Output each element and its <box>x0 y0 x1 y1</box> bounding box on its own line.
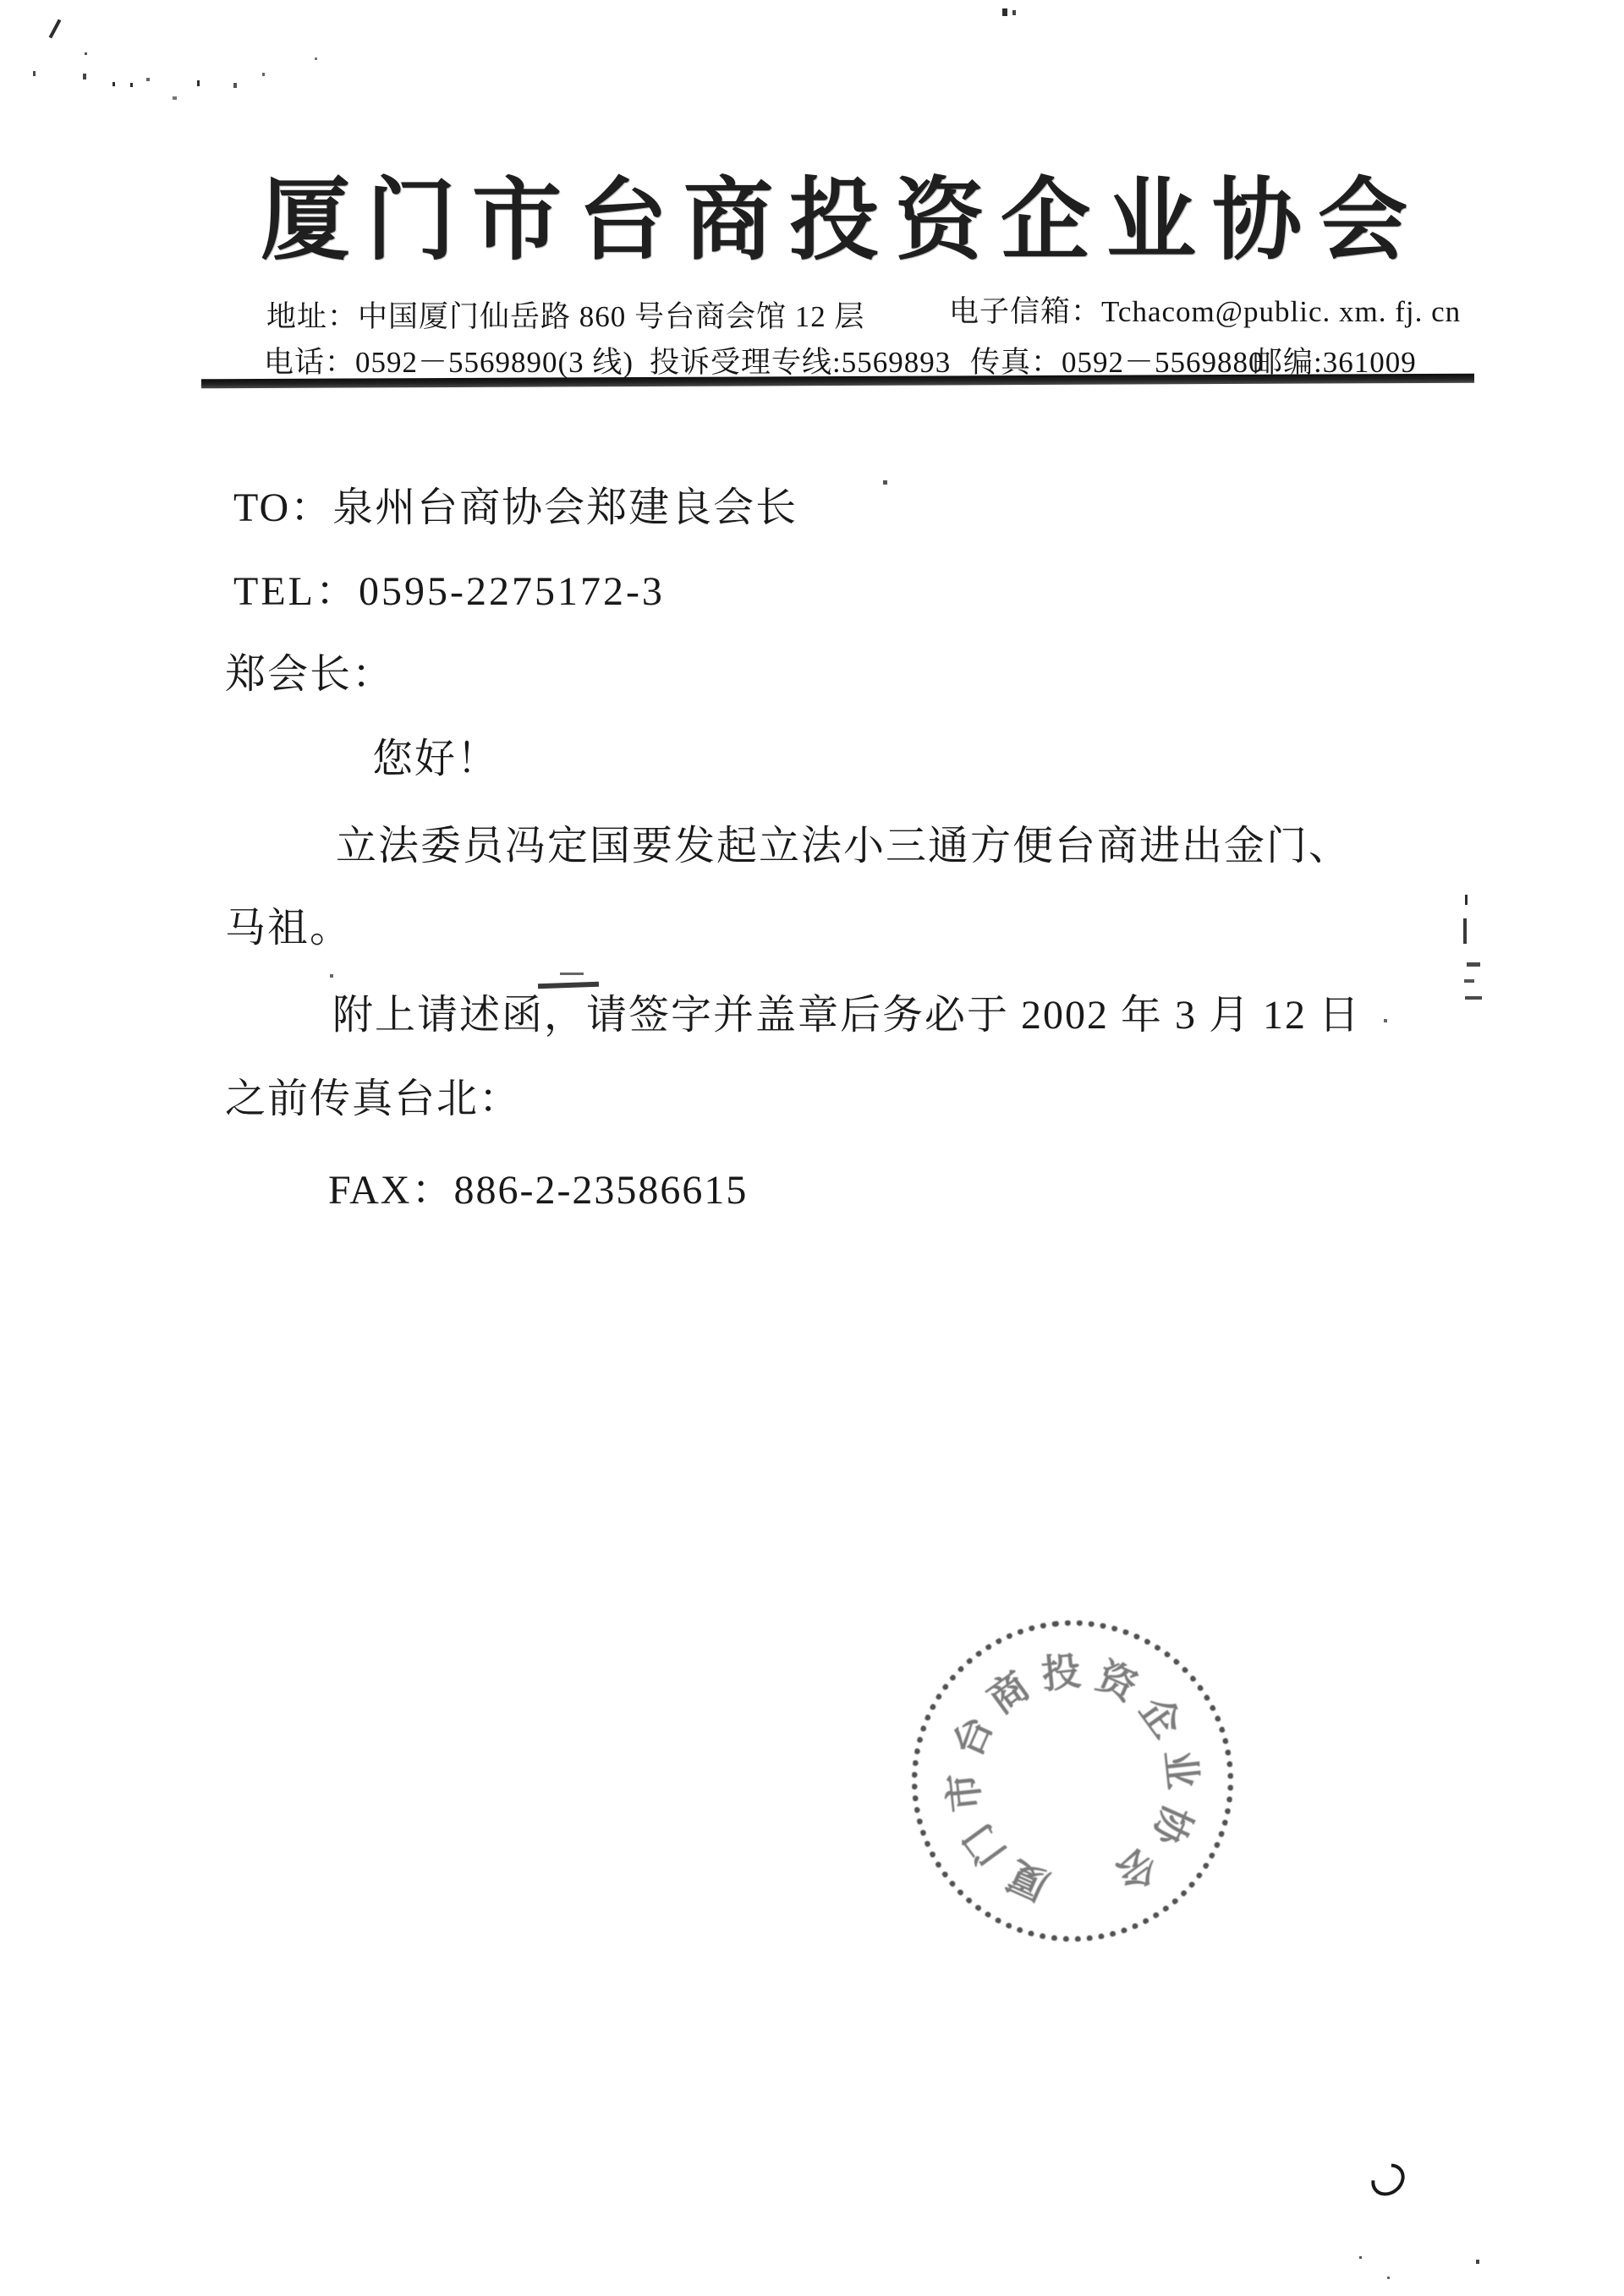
seal-char: 厦 <box>998 1849 1058 1910</box>
seal-char: 台 <box>943 1707 1003 1767</box>
scan-artifact <box>1465 996 1482 1000</box>
scan-artifact <box>1384 1019 1387 1022</box>
scan-artifact <box>1465 895 1468 905</box>
scan-artifact <box>197 80 200 86</box>
seal-char: 会 <box>1105 1837 1168 1900</box>
scan-artifact <box>173 96 177 100</box>
seal-char: 业 <box>1155 1745 1205 1795</box>
letter-fax-line: FAX：886-2-23586615 <box>328 1157 748 1215</box>
scan-artifact <box>315 58 317 60</box>
header-email: 电子信箱：Tchacom@public. xm. fj. cn <box>949 288 1461 331</box>
scan-artifact <box>33 71 36 76</box>
seal-char: 投 <box>1036 1648 1086 1698</box>
seal-char: 门 <box>953 1813 1017 1877</box>
scan-artifact <box>1012 10 1016 15</box>
letter-para2-line1: 附上请述函，请签字并盖章后务必于 2002 年 3 月 12 日 <box>332 982 1361 1040</box>
header-complaint-hotline: 投诉受理专线:5569893 <box>650 339 951 381</box>
scan-artifact <box>330 974 333 978</box>
scan-artifact <box>1464 979 1474 983</box>
scan-artifact <box>1467 962 1480 967</box>
scan-artifact <box>83 74 86 79</box>
scan-artifact <box>49 19 62 38</box>
seal-char: 资 <box>1086 1652 1146 1712</box>
seal-char: 协 <box>1141 1795 1201 1855</box>
letter-para1-line2: 马祖。 <box>225 895 352 953</box>
scan-artifact <box>146 78 150 81</box>
scan-artifact <box>85 52 87 55</box>
scan-artifact <box>560 973 584 975</box>
letter-salutation: 郑会长： <box>225 641 394 699</box>
scan-artifact <box>262 73 265 76</box>
header-phone: 电话：0592－5569890(3 线) <box>264 339 634 381</box>
letter-to-line: TO：泉州台商协会郑建良会长 <box>233 474 798 533</box>
association-seal-stamp: 厦 门 市 台 商 投 资 企 业 协 会 <box>896 1604 1249 1958</box>
scanned-fax-letter: 厦门市台商投资企业协会 地址：中国厦门仙岳路 860 号台商会馆 12 层 电子… <box>0 0 1624 2296</box>
letter-tel-line: TEL：0595-2275172-3 <box>233 558 665 616</box>
scan-artifact <box>883 480 887 485</box>
letter-para2-line2: 之前传真台北： <box>225 1066 521 1124</box>
handwritten-circle-mark <box>1365 2157 1412 2203</box>
letter-greeting: 您好！ <box>372 726 499 784</box>
letter-para1-line1: 立法委员冯定国要发起立法小三通方便台商进出金门、 <box>336 813 1351 871</box>
header-address: 地址：中国厦门仙岳路 860 号台商会馆 12 层 <box>266 293 865 336</box>
scan-artifact <box>233 83 237 88</box>
seal-char: 企 <box>1128 1685 1192 1749</box>
scan-artifact <box>112 82 115 86</box>
scan-artifact <box>130 83 133 87</box>
org-title: 厦门市台商投资企业协会 <box>261 149 1424 277</box>
scan-artifact <box>1463 918 1467 944</box>
seal-char: 市 <box>940 1767 990 1817</box>
scan-artifact <box>1387 2277 1390 2279</box>
scan-artifact <box>1476 2260 1479 2264</box>
scan-artifact <box>1359 2256 1362 2259</box>
seal-char: 商 <box>977 1662 1040 1725</box>
scan-artifact <box>1002 8 1007 16</box>
